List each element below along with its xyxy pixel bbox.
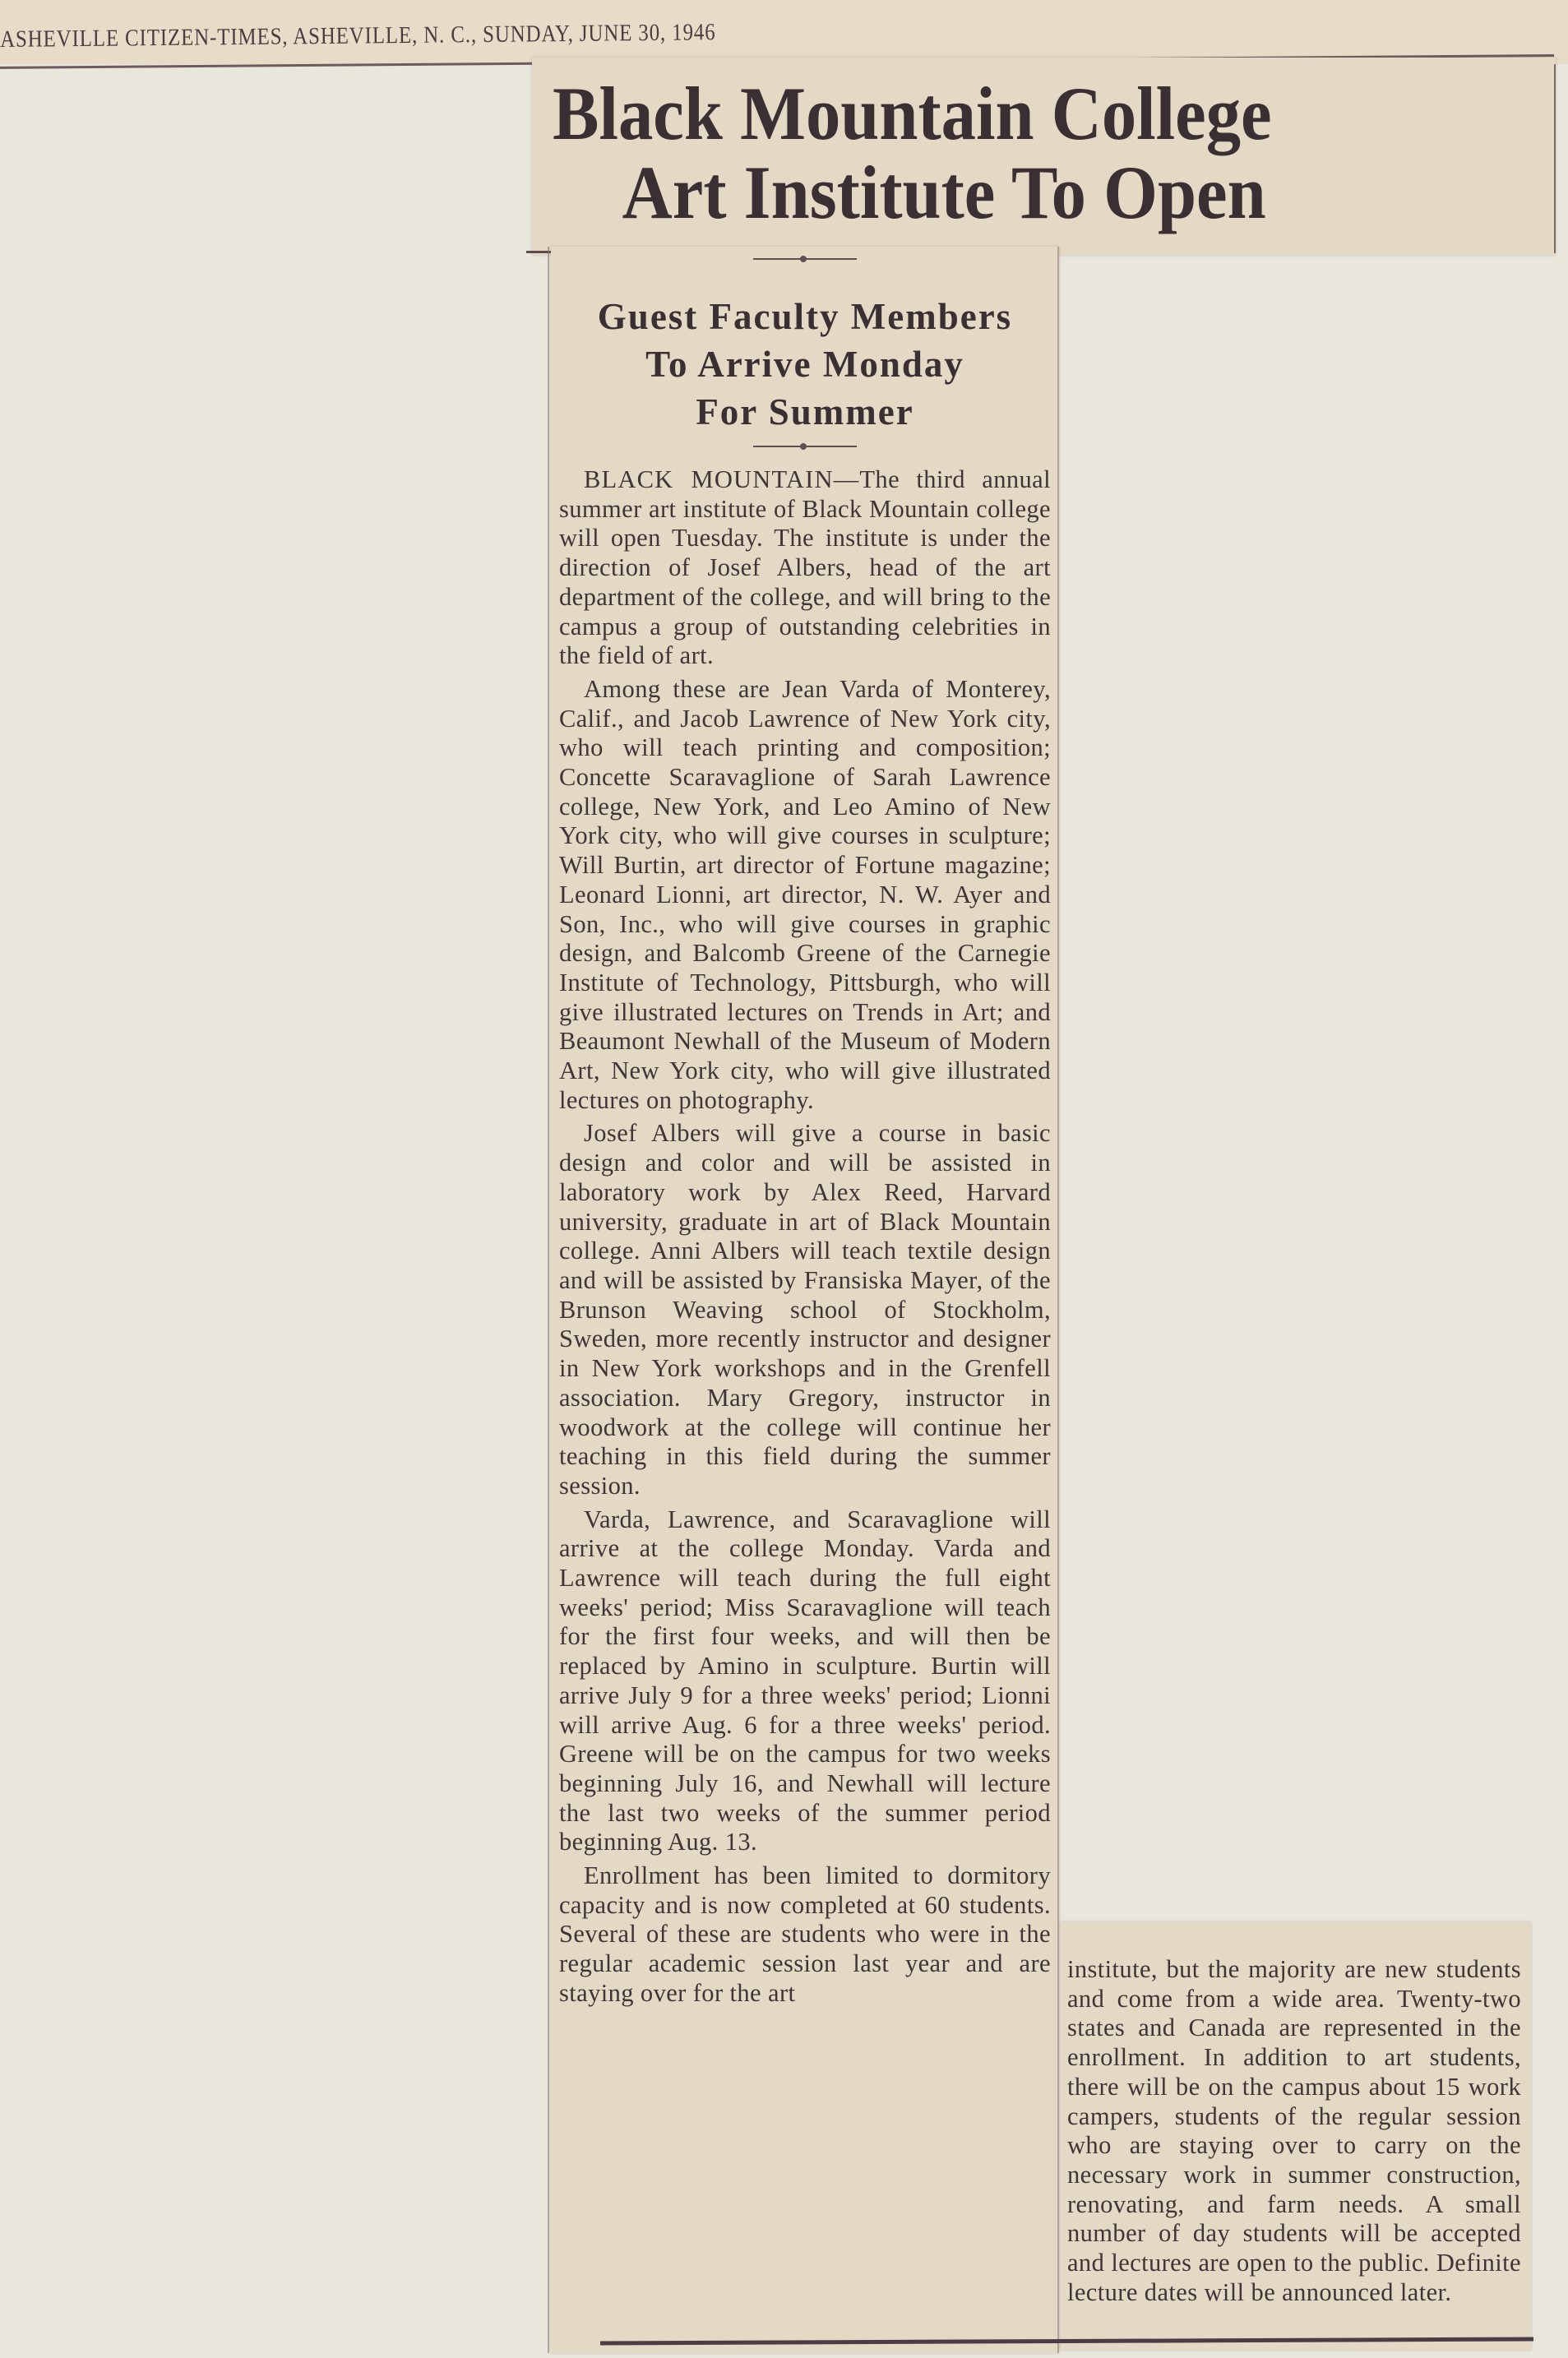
headline-line-1: Black Mountain College	[553, 72, 1272, 155]
article-column-1: Guest Faculty Members To Arrive Monday F…	[551, 247, 1059, 2353]
headline-clipping: Black Mountain College Art Institute To …	[532, 58, 1556, 255]
subhead-line-2: To Arrive Monday	[551, 340, 1059, 388]
article-body: BLACK MOUNTAIN—The third annual summer a…	[551, 465, 1059, 2009]
ornament-divider	[753, 446, 857, 447]
paragraph: institute, but the majority are new stud…	[1067, 1955, 1521, 2307]
dateline: BLACK MOUNTAIN—	[584, 465, 859, 493]
border-rule	[1554, 64, 1556, 253]
headline-line-2: Art Institute To Open	[553, 153, 1272, 232]
headline: Black Mountain College Art Institute To …	[553, 74, 1272, 232]
article-continuation: institute, but the majority are new stud…	[1061, 1922, 1531, 2307]
paragraph: Josef Albers will give a course in basic…	[559, 1119, 1051, 1500]
subheadline: Guest Faculty Members To Arrive Monday F…	[551, 293, 1059, 436]
subhead-line-3: For Summer	[551, 388, 1059, 436]
paragraph: Among these are Jean Varda of Monterey, …	[559, 675, 1051, 1116]
masthead: ASHEVILLE CITIZEN-TIMES, ASHEVILLE, N. C…	[0, 0, 1568, 64]
ornament-divider	[753, 258, 857, 260]
subhead-line-1: Guest Faculty Members	[551, 293, 1059, 340]
column-rule-left	[548, 247, 549, 2353]
paragraph: Enrollment has been limited to dormitory…	[559, 1861, 1051, 2009]
column-rule-right	[1057, 247, 1059, 2353]
article-column-2: institute, but the majority are new stud…	[1061, 1922, 1531, 2350]
paragraph: BLACK MOUNTAIN—The third annual summer a…	[559, 465, 1051, 671]
paragraph: Varda, Lawrence, and Scaravaglione will …	[559, 1505, 1051, 1857]
masthead-text: ASHEVILLE CITIZEN-TIMES, ASHEVILLE, N. C…	[0, 19, 716, 53]
